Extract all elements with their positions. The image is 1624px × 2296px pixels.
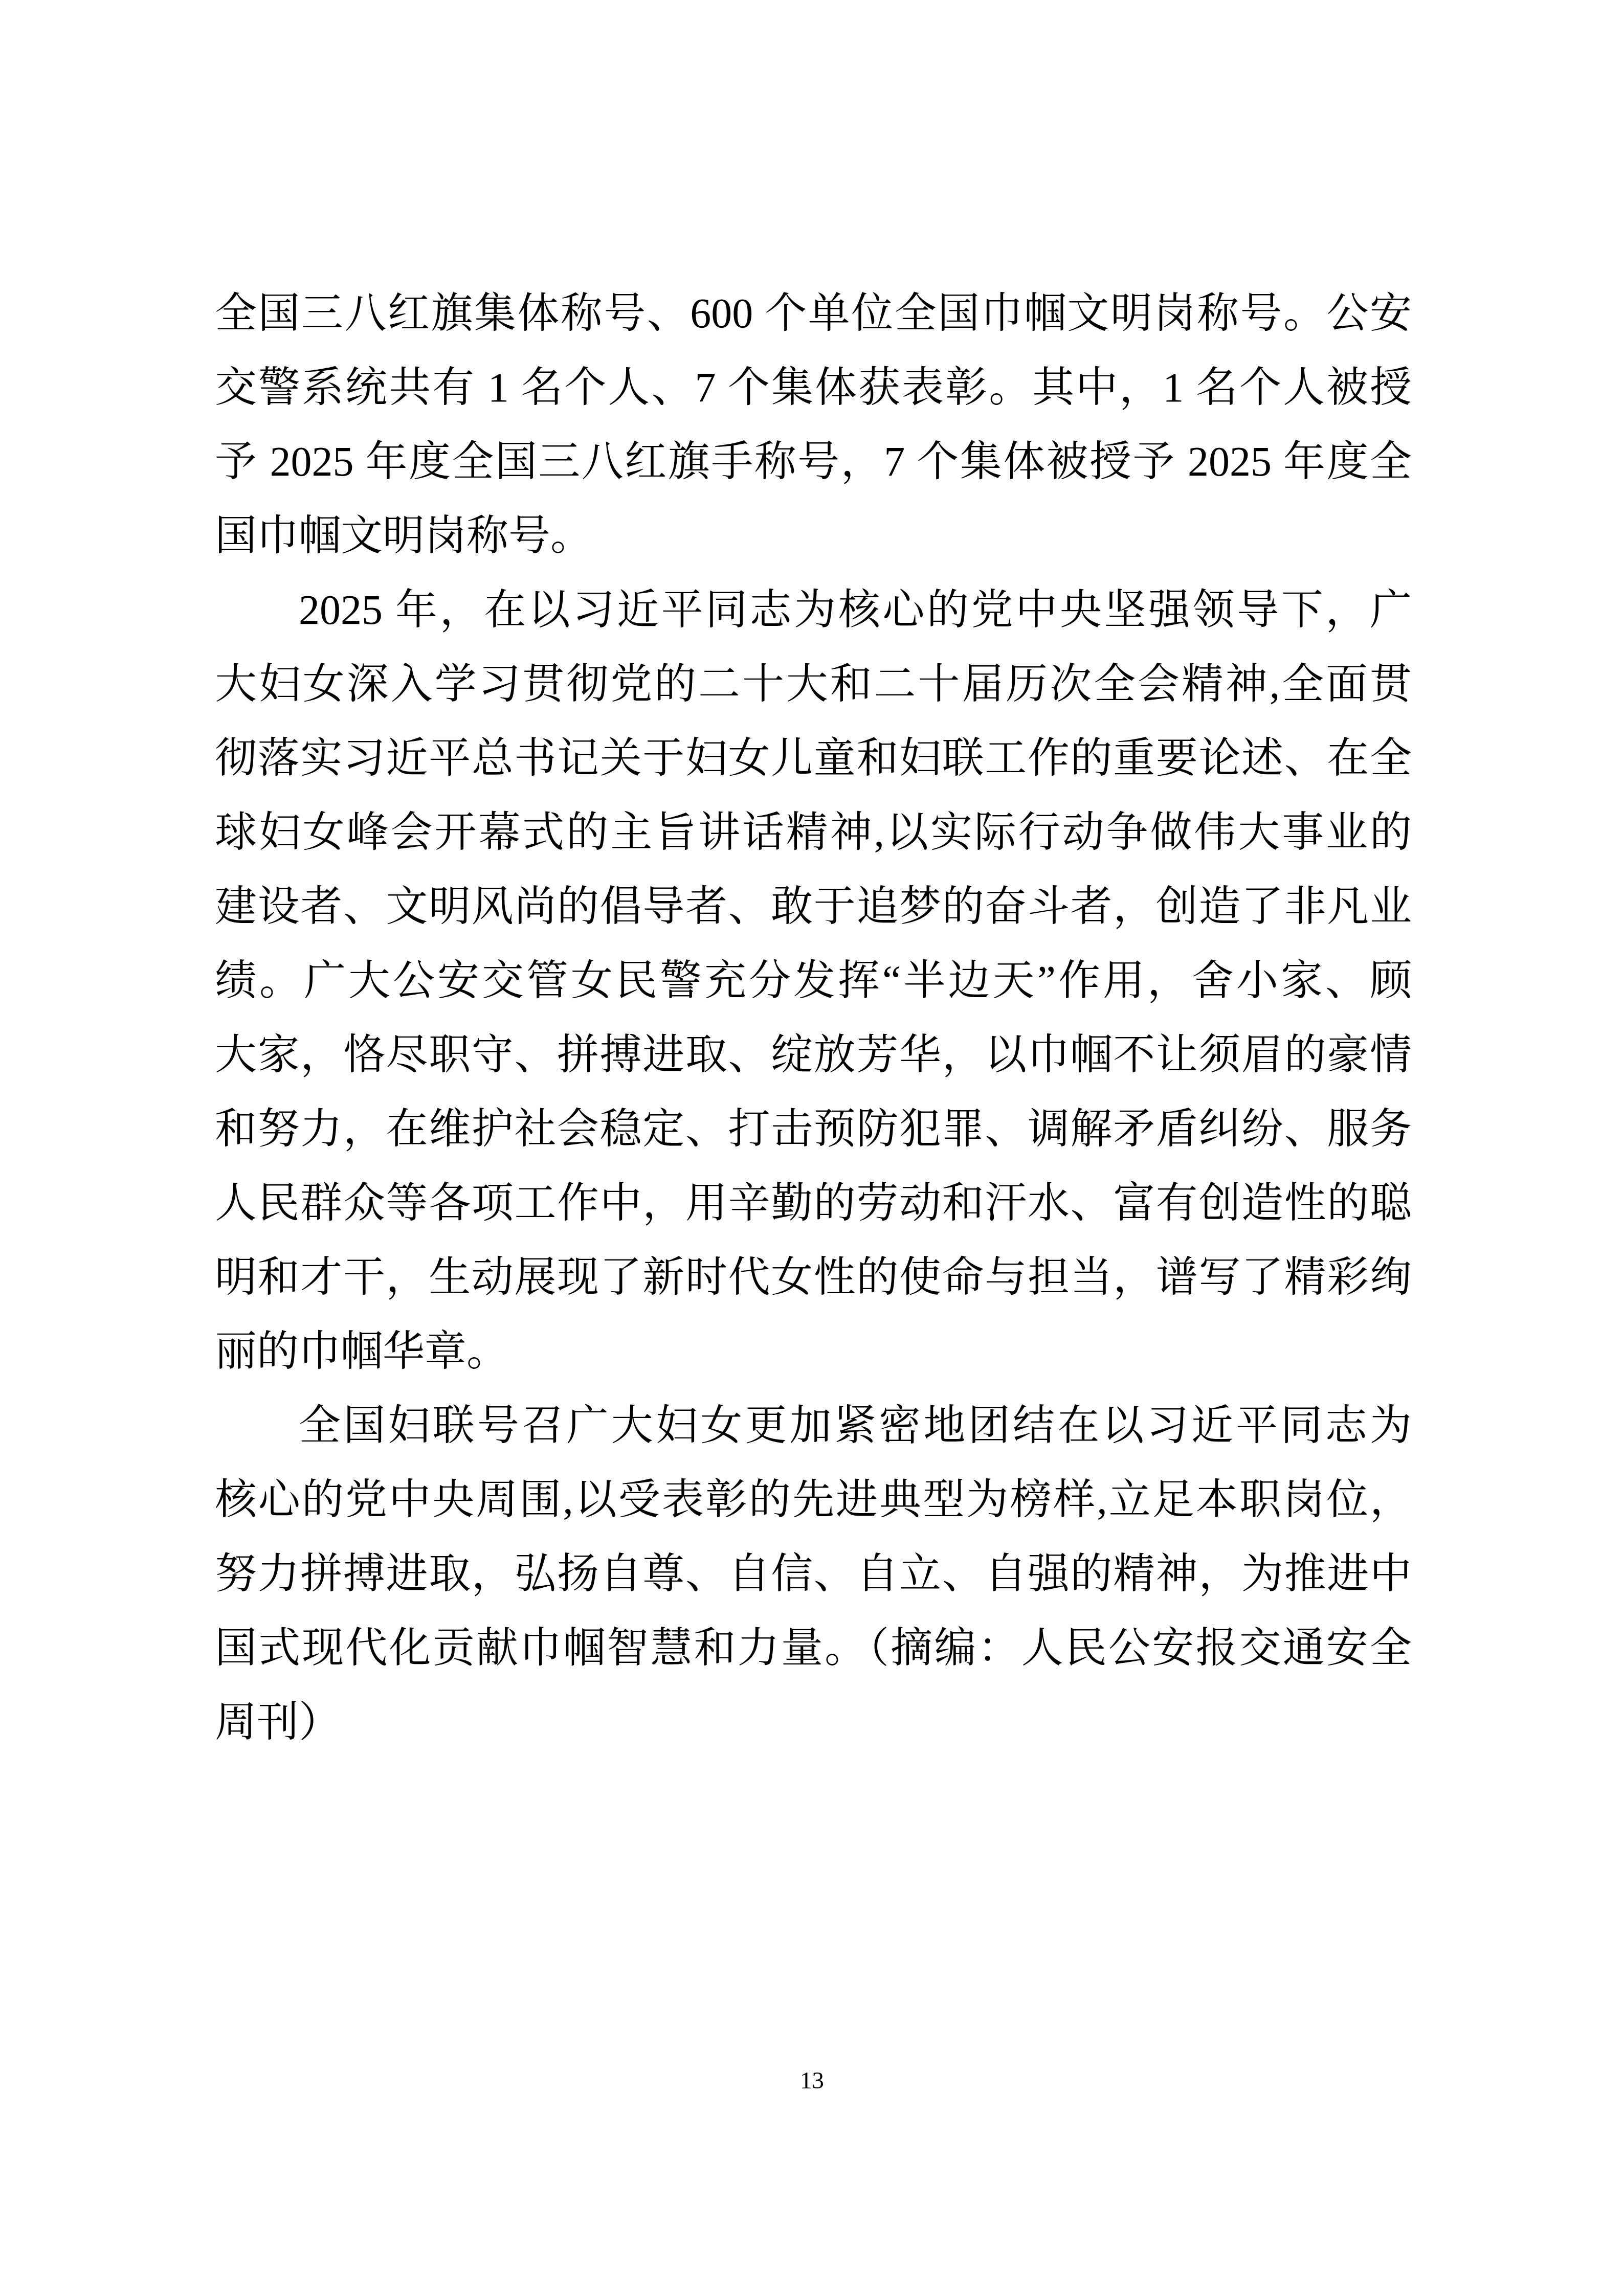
page-number: 13 [800, 2067, 824, 2094]
document-text-block: 全国三八红旗集体称号、600 个单位全国巾帼文明岗称号。公安 交警系统共有 1 … [215, 276, 1412, 1759]
text-line: 交警系统共有 1 名个人、7 个集体获表彰。其中，1 名个人被授 [215, 350, 1412, 424]
text-line: 和努力，在维护社会稳定、打击预防犯罪、调解矛盾纠纷、服务 [215, 1092, 1412, 1166]
text-line: 全国妇联号召广大妇女更加紧密地团结在以习近平同志为 [215, 1388, 1412, 1462]
text-line: 周刊） [215, 1685, 1412, 1759]
text-line: 2025 年，在以习近平同志为核心的党中央坚强领导下，广 [215, 573, 1412, 647]
text-line: 建设者、文明风尚的倡导者、敢于追梦的奋斗者，创造了非凡业 [215, 869, 1412, 943]
page-footer: 13 [0, 2069, 1624, 2093]
text-line: 绩。广大公安交管女民警充分发挥“半边天”作用，舍小家、顾 [215, 943, 1412, 1018]
text-line: 大妇女深入学习贯彻党的二十大和二十届历次全会精神,全面贯 [215, 647, 1412, 721]
text-line: 国巾帼文明岗称号。 [215, 499, 1412, 573]
text-line: 努力拼搏进取，弘扬自尊、自信、自立、自强的精神，为推进中 [215, 1537, 1412, 1611]
text-line: 明和才干，生动展现了新时代女性的使命与担当，谱写了精彩绚 [215, 1240, 1412, 1314]
document-page: 全国三八红旗集体称号、600 个单位全国巾帼文明岗称号。公安 交警系统共有 1 … [0, 0, 1624, 2296]
text-line: 核心的党中央周围,以受表彰的先进典型为榜样,立足本职岗位， [215, 1462, 1412, 1537]
text-line: 人民群众等各项工作中，用辛勤的劳动和汗水、富有创造性的聪 [215, 1166, 1412, 1240]
text-line: 丽的巾帼华章。 [215, 1314, 1412, 1388]
text-line: 予 2025 年度全国三八红旗手称号，7 个集体被授予 2025 年度全 [215, 424, 1412, 499]
text-line: 球妇女峰会开幕式的主旨讲话精神,以实际行动争做伟大事业的 [215, 795, 1412, 869]
text-line: 大家，恪尽职守、拼搏进取、绽放芳华，以巾帼不让须眉的豪情 [215, 1018, 1412, 1092]
text-line: 全国三八红旗集体称号、600 个单位全国巾帼文明岗称号。公安 [215, 276, 1412, 350]
text-line: 彻落实习近平总书记关于妇女儿童和妇联工作的重要论述、在全 [215, 721, 1412, 795]
text-line: 国式现代化贡献巾帼智慧和力量。（摘编：人民公安报交通安全 [215, 1611, 1412, 1685]
